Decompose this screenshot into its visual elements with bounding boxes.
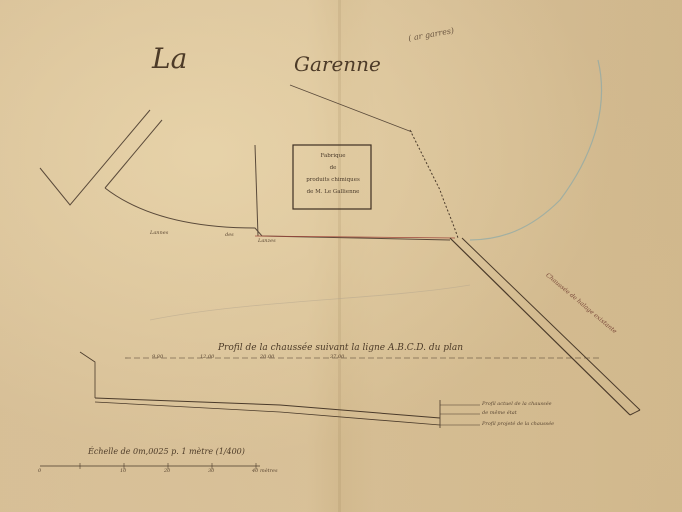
scale-tick-10: 10	[120, 468, 126, 474]
profile-dim-1: 9.80	[152, 354, 163, 360]
river-label-1: Lannes	[150, 230, 168, 236]
profile-dim-4: 37.00	[330, 354, 344, 360]
profile-title: Profil de la chaussée suivant la ligne A…	[218, 343, 463, 353]
scale-label: Échelle de 0m,0025 p. 1 mètre (1/400)	[88, 447, 245, 456]
map-drawing	[0, 0, 682, 512]
building-label-line2: de	[296, 162, 370, 174]
legend-line-3: Profil projeté de la chaussée	[482, 421, 554, 427]
legend-line-2: de même état	[482, 410, 517, 416]
building-label-line3: produits chimiques	[296, 174, 370, 186]
river-label-2: des	[225, 232, 234, 238]
building-label-line4: de M. Le Gallienne	[296, 186, 370, 198]
historical-map-sheet: La Garenne ( ar garres) Fabrique de prod…	[0, 0, 682, 512]
river-bank-right	[470, 60, 602, 240]
scale-tick-0: 0	[38, 468, 41, 474]
profile-dim-2: 12.00	[200, 354, 214, 360]
map-title-la: La	[152, 42, 187, 75]
canal-left-1	[40, 110, 150, 205]
profile-dim-3: 20.00	[260, 354, 274, 360]
legend-line-1: Profil actuel de la chaussée	[482, 401, 552, 407]
scale-tick-20: 20	[164, 468, 170, 474]
scale-tick-30: 30	[208, 468, 214, 474]
river-label-3: Lanzes	[258, 238, 276, 244]
building-label-line1: Fabrique	[296, 150, 370, 162]
map-title-garenne: Garenne	[294, 52, 381, 76]
building-label: Fabrique de produits chimiques de M. Le …	[296, 150, 370, 198]
scale-tick-40: 40 mètres	[252, 468, 278, 474]
